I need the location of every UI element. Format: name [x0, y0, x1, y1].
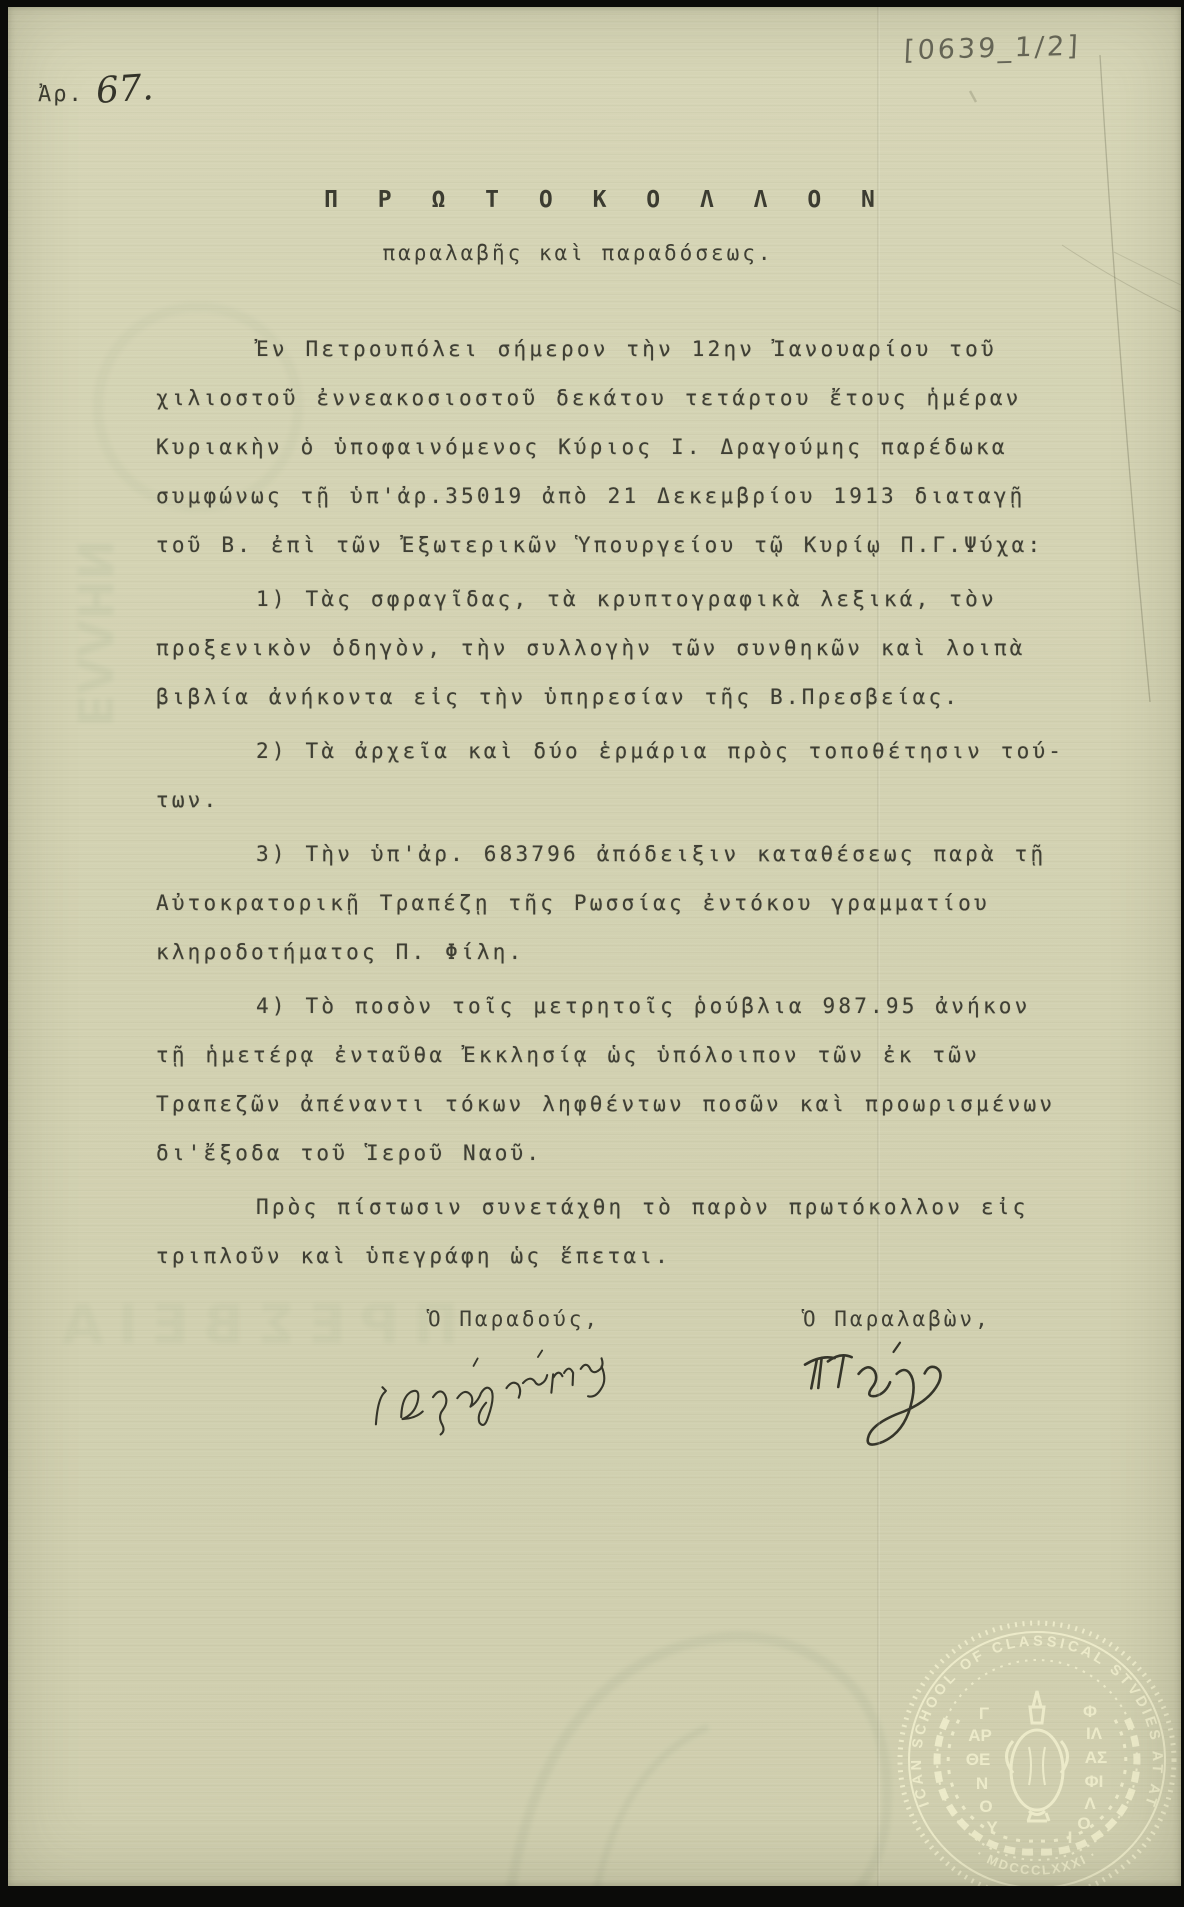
- archive-code-pencil: [0639_1/2]: [903, 31, 1081, 67]
- body-line: κληροδοτήματος Π. Φίλη.: [156, 928, 1061, 977]
- seal-letter: Φ: [1083, 1702, 1097, 1721]
- body-line: 4) Τὸ ποσὸν τοῖς μετρητοῖς ῥούβλια 987.9…: [156, 982, 1061, 1031]
- body-line: προξενικὸν ὁδηγὸν, τὴν συλλογὴν τῶν συνθ…: [156, 624, 1061, 673]
- body-line: Κυριακὴν ὁ ὑποφαινόμενος Κύριος Ι. Δραγο…: [156, 423, 1061, 472]
- body-line: 2) Τὰ ἀρχεῖα καὶ δύο ἑρμάρια πρὸς τοποθέ…: [156, 727, 1061, 776]
- paragraph-item-4: 4) Τὸ ποσὸν τοῖς μετρητοῖς ῥούβλια 987.9…: [156, 982, 1061, 1178]
- body-line: δι'ἔξοδα τοῦ Ἱεροῦ Ναοῦ.: [156, 1129, 1061, 1178]
- seal-letter: Γ: [979, 1704, 989, 1723]
- seal-letter: ΘΕ: [966, 1750, 991, 1769]
- body-line: 3) Τὴν ὑπ'ἀρ. 683796 ἀπόδειξιν καταθέσεω…: [156, 830, 1061, 879]
- body-line: Πρὸς πίστωσιν συνετάχθη τὸ παρὸν πρωτόκο…: [156, 1183, 1061, 1232]
- paper-sheet: ΕΛΛΗΝ ΠΡΕΣΒΕΙΑ [0639_1/2] Ἀρ.67. Π Ρ Ω Τ…: [8, 7, 1181, 1886]
- paragraph-item-2: 2) Τὰ ἀρχεῖα καὶ δύο ἑρμάρια πρὸς τοποθέ…: [156, 727, 1061, 825]
- seal-amphora: [1007, 1691, 1068, 1821]
- seal-letter: Λ: [1084, 1794, 1096, 1813]
- bleedthrough-ghost-mirrored: ΠΡΕΣΒΕΙΑ: [48, 1293, 458, 1356]
- body-line: 1) Τὰς σφραγῖδας, τὰ κρυπτογραφικὰ λεξικ…: [156, 575, 1061, 624]
- paragraph-item-3: 3) Τὴν ὑπ'ἀρ. 683796 ἀπόδειξιν καταθέσεω…: [156, 830, 1061, 977]
- seal-letter: Ν: [976, 1774, 988, 1793]
- body-line: των.: [156, 776, 1061, 825]
- body-line: χιλιοστοῦ ἐννεακοσιοστοῦ δεκάτου τετάρτο…: [156, 374, 1061, 423]
- body-line: τοῦ Β. ἐπὶ τῶν Ἐξωτερικῶν Ὑπουργείου τῷ …: [156, 521, 1061, 570]
- document-body: Ἐν Πετρουπόλει σήμερον τὴν 12ην Ἰανουαρί…: [156, 325, 1061, 1286]
- seal-letter: Ι: [1068, 1828, 1073, 1847]
- embossed-seal-ascsa: AMERICAN SCHOOL OF CLASSICAL STVDIES AT …: [892, 1615, 1181, 1886]
- signature-dragoumis: [355, 1334, 645, 1467]
- seal-letter: ΙΛ: [1086, 1724, 1103, 1743]
- page-subtitle: παραλαβῆς καὶ παραδόσεως.: [128, 241, 1028, 265]
- number-value-handwritten: 67.: [94, 67, 154, 112]
- document-number: Ἀρ.67.: [38, 69, 153, 110]
- receiver-label: Ὁ Παραλαβὼν,: [803, 1307, 991, 1331]
- paragraph: Ἐν Πετρουπόλει σήμερον τὴν 12ην Ἰανουαρί…: [156, 325, 1061, 570]
- paragraph-closing: Πρὸς πίστωσιν συνετάχθη τὸ παρὸν πρωτόκο…: [156, 1183, 1061, 1281]
- seal-letter: Υ: [986, 1818, 998, 1837]
- body-line: Τραπεζῶν ἀπέναντι τόκων ληφθέντων ποσῶν …: [156, 1080, 1061, 1129]
- seal-letter: Ο: [979, 1797, 992, 1816]
- seal-letter: ΑΡ: [968, 1726, 992, 1745]
- body-line: τῇ ἡμετέρᾳ ἐνταῦθα Ἐκκλησίᾳ ὡς ὑπόλοιπον…: [156, 1031, 1061, 1080]
- body-line: συμφώνως τῇ ὑπ'ἀρ.35019 ἀπὸ 21 Δεκεμβρίο…: [156, 472, 1061, 521]
- signature-psychas: [791, 1331, 1037, 1468]
- body-line: βιβλία ἀνήκοντα εἰς τὴν ὑπηρεσίαν τῆς Β.…: [156, 673, 1061, 722]
- deliverer-label: Ὁ Παραδούς,: [428, 1307, 600, 1331]
- seal-wreath: [937, 1713, 1137, 1852]
- scanned-document-page: { "scan": { "archive_code": "[0639_1/2]"…: [0, 0, 1184, 1907]
- seal-letter: Ο: [1077, 1814, 1090, 1833]
- body-line: Αὐτοκρατορικῇ Τραπέζῃ τῆς Ρωσσίας ἐντόκο…: [156, 879, 1061, 928]
- seal-letter: ΑΣ: [1085, 1748, 1107, 1767]
- number-label: Ἀρ.: [38, 82, 84, 107]
- bleedthrough-ghost-vertical: ΕΛΛΗΝ: [66, 540, 122, 727]
- body-line: Ἐν Πετρουπόλει σήμερον τὴν 12ην Ἰανουαρί…: [156, 325, 1061, 374]
- page-title: Π Ρ Ω Τ Ο Κ Ο Λ Λ Ο Ν: [156, 187, 1056, 213]
- paragraph-item-1: 1) Τὰς σφραγῖδας, τὰ κρυπτογραφικὰ λεξικ…: [156, 575, 1061, 722]
- seal-letter: ΦΙ: [1085, 1772, 1104, 1791]
- body-line: τριπλοῦν καὶ ὑπεγράφη ὡς ἕπεται.: [156, 1232, 1061, 1281]
